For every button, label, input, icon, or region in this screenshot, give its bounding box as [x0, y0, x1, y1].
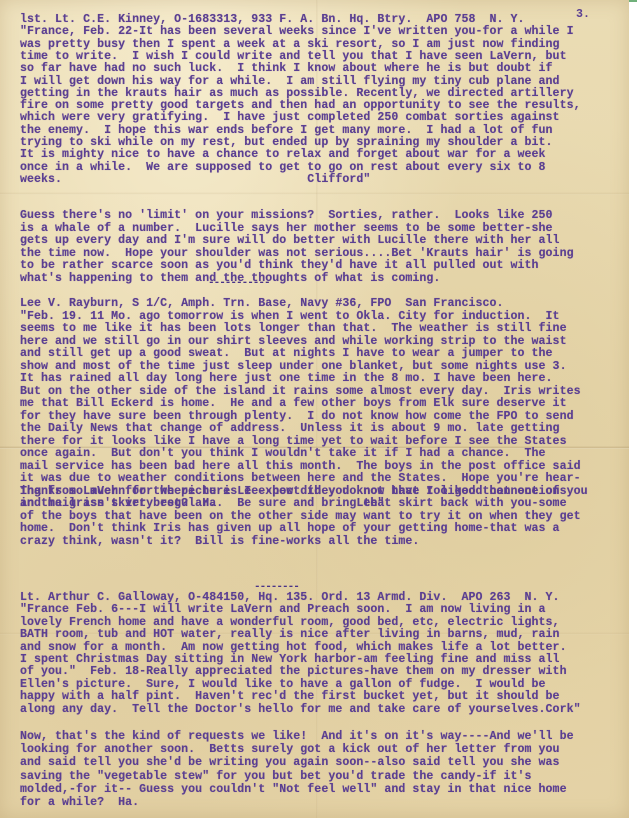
text-line-galloway: happy with a half pint. Haven't rec'd th…	[20, 691, 560, 703]
text-line-kinney: once in a while. We are supposed to get …	[20, 162, 546, 174]
text-line-rayburn: It has rained all day long here just one…	[20, 373, 553, 385]
page-number: 3.	[576, 8, 590, 21]
text-line-reply-kinney: is a whale of a number. Lucille says her…	[20, 223, 553, 235]
text-line-reply-galloway: for a while? Ha.	[20, 797, 139, 809]
text-line-reply-rayburn: of the boys that have been on the other …	[20, 511, 581, 523]
section-separator: -----------	[208, 277, 270, 289]
paper-fold	[0, 192, 629, 195]
text-line-kinney: was pretty busy then I spent a week at a…	[20, 39, 560, 51]
text-line-galloway: I spent Christmas Day sitting in New Yor…	[20, 654, 560, 666]
text-line-galloway: BATH room, tub and HOT water, really is …	[20, 629, 560, 641]
text-line-rayburn: show and most of the time just sleep und…	[20, 361, 567, 373]
text-line-galloway: "France Feb. 6---I will write LaVern and…	[20, 604, 546, 616]
text-line-reply-rayburn: in the grass skirt best? Ha. Be sure and…	[20, 498, 567, 510]
text-line-reply-galloway: molded,-for it-- Guess you couldn't "Not…	[20, 784, 567, 796]
text-line-galloway: and snow for a month. Am now getting hot…	[20, 642, 567, 654]
text-line-reply-rayburn: home. Don't think Iris has given up all …	[20, 523, 560, 535]
text-line-kinney: I will get down his way for a while. I a…	[20, 76, 560, 88]
text-line-reply-kinney: the time now. Hope your shoulder was not…	[20, 248, 574, 260]
text-line-rayburn: Lee V. Rayburn, S 1/C, Amph. Trn. Base, …	[20, 298, 504, 310]
text-line-reply-galloway: looking for another soon. Betts surely g…	[20, 744, 560, 756]
text-line-kinney: so far have had no such luck. I think I …	[20, 63, 553, 75]
text-line-reply-kinney: to be rather scarce soon as you'd think …	[20, 260, 539, 272]
text-line-rayburn: it was due to weather conditions between…	[20, 473, 581, 485]
text-line-rayburn: the Daily News that change of address. U…	[20, 423, 560, 435]
text-line-rayburn: and still get up a good sweat. But at ni…	[20, 348, 553, 360]
text-line-kinney: It is mighty nice to have a chance to re…	[20, 149, 546, 161]
text-line-galloway: Ellen's picture. Sure, I would like to h…	[20, 679, 546, 691]
typewritten-letter-page: 3. lst. Lt. C.E. Kinney, O-1683313, 933 …	[0, 0, 629, 818]
text-line-reply-galloway: Now, that's the kind of requests we like…	[20, 731, 574, 743]
text-line-galloway: along any day. Tell the Doctor's hello f…	[20, 704, 581, 716]
text-line-reply-rayburn: Thanks so much for the picture Lee--how …	[20, 486, 588, 498]
text-line-rayburn: for they have sure been through plenty. …	[20, 411, 574, 423]
text-line-galloway: lovely French home and have a wonderful …	[20, 617, 560, 629]
text-line-reply-kinney: gets up every day and I'm sure will do b…	[20, 235, 560, 247]
text-line-reply-galloway: saving the "vegetable stew" for you but …	[20, 771, 532, 783]
text-line-rayburn: here and we still go in our shirt sleeve…	[20, 336, 567, 348]
text-line-galloway: Lt. Arthur C. Galloway, O-484150, Hq. 13…	[20, 592, 560, 604]
text-line-kinney: weeks. Clifford"	[20, 174, 370, 186]
text-line-galloway: of you." Feb. 18-Really appreciated the …	[20, 666, 567, 678]
text-line-reply-galloway: and said tell you she'd be writing you a…	[20, 757, 560, 769]
section-separator: --------	[254, 581, 299, 593]
text-line-rayburn: mail service has been bad here all this …	[20, 461, 581, 473]
text-line-rayburn: But on the other side of the island it r…	[20, 386, 581, 398]
text-line-reply-rayburn: crazy think, wasn't it? Bill is fine-wor…	[20, 536, 419, 548]
text-line-rayburn: once again. But don't you think I wouldn…	[20, 448, 546, 460]
text-line-rayburn: there for it looks like I have a long ti…	[20, 436, 567, 448]
text-line-rayburn: "Feb. 19. 11 Mo. ago tomorrow is when I …	[20, 311, 560, 323]
text-line-reply-kinney: Guess there's no 'limit' on your mission…	[20, 210, 553, 222]
text-line-rayburn: me that Bill Eckerd is home. He and a fe…	[20, 398, 567, 410]
text-line-kinney: which were very gratifying. I have just …	[20, 112, 560, 124]
text-line-rayburn: seems to me like it has been lots longer…	[20, 323, 567, 335]
text-line-kinney: "France, Feb. 22-It has been several wee…	[20, 26, 574, 38]
